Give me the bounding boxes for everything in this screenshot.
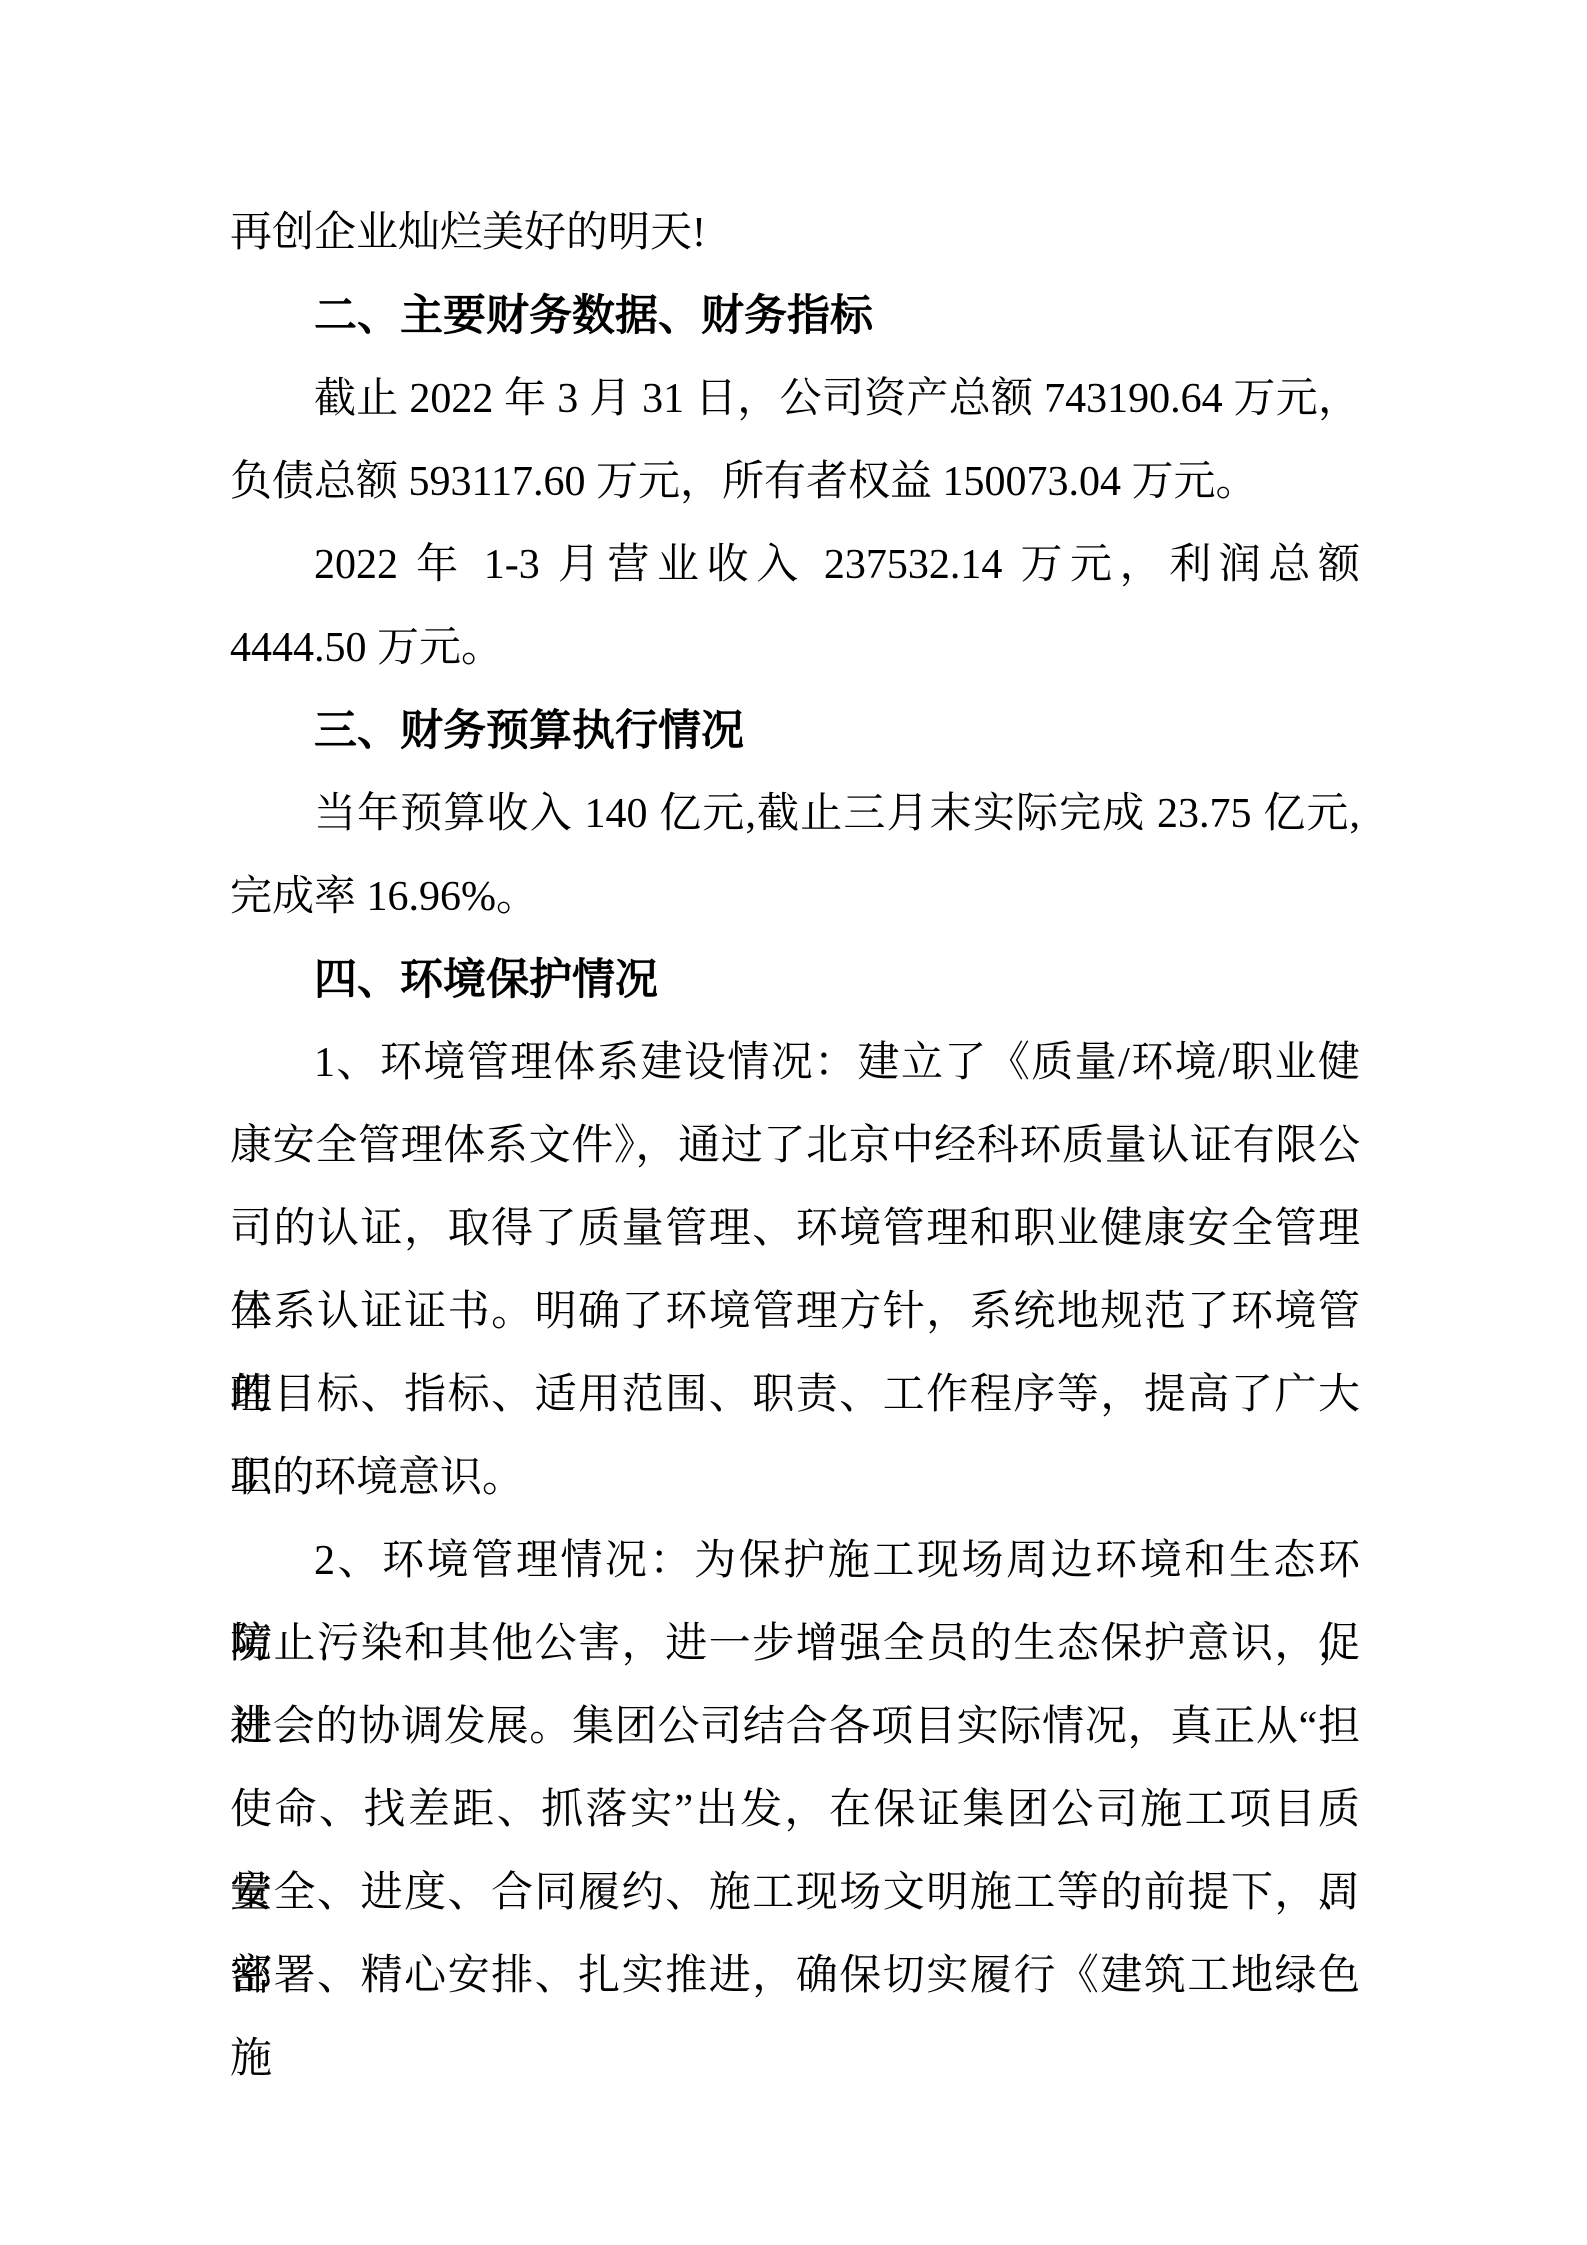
text-line: 安全、进度、合同履约、施工现场文明施工等的前提下，周密 <box>230 1852 1360 1935</box>
text-line: 社会的协调发展。集团公司结合各项目实际情况，真正从“担 <box>230 1686 1360 1769</box>
text-line: 截止 2022 年 3 月 31 日，公司资产总额 743190.64 万元， <box>230 358 1360 441</box>
text-line: 康安全管理体系文件》，通过了北京中经科环质量认证有限公 <box>230 1105 1360 1188</box>
text-line: 完成率 16.96%。 <box>230 856 1360 939</box>
text-line: 工的环境意识。 <box>230 1437 1360 1520</box>
section-heading: 三、财务预算执行情况 <box>230 690 1360 773</box>
text-line: 4444.50 万元。 <box>230 607 1360 690</box>
text-line: 再创企业灿烂美好的明天! <box>230 192 1360 275</box>
text-line: 体系认证证书。明确了环境管理方针，系统地规范了环境管理 <box>230 1271 1360 1354</box>
section-heading: 二、主要财务数据、财务指标 <box>230 275 1360 358</box>
section-heading: 四、环境保护情况 <box>230 939 1360 1022</box>
text-line: 2、环境管理情况：为保护施工现场周边环境和生态环境， <box>230 1520 1360 1603</box>
text-line: 2022 年 1-3 月营业收入 237532.14 万元，利润总额 <box>230 524 1360 607</box>
text-line: 当年预算收入 140 亿元,截止三月末实际完成 23.75 亿元, <box>230 773 1360 856</box>
document-page: 再创企业灿烂美好的明天!二、主要财务数据、财务指标截止 2022 年 3 月 3… <box>0 0 1587 2245</box>
text-line: 1、环境管理体系建设情况：建立了《质量/环境/职业健 <box>230 1022 1360 1105</box>
text-line: 的目标、指标、适用范围、职责、工作程序等，提高了广大职 <box>230 1354 1360 1437</box>
text-line: 司的认证，取得了质量管理、环境管理和职业健康安全管理三 <box>230 1188 1360 1271</box>
text-line: 防止污染和其他公害，进一步增强全员的生态保护意识，促进 <box>230 1603 1360 1686</box>
text-block: 再创企业灿烂美好的明天!二、主要财务数据、财务指标截止 2022 年 3 月 3… <box>230 192 1360 2018</box>
text-line: 使命、找差距、抓落实”出发，在保证集团公司施工项目质量、 <box>230 1769 1360 1852</box>
text-line: 负债总额 593117.60 万元，所有者权益 150073.04 万元。 <box>230 441 1360 524</box>
text-line: 部署、精心安排、扎实推进，确保切实履行《建筑工地绿色施 <box>230 1935 1360 2018</box>
